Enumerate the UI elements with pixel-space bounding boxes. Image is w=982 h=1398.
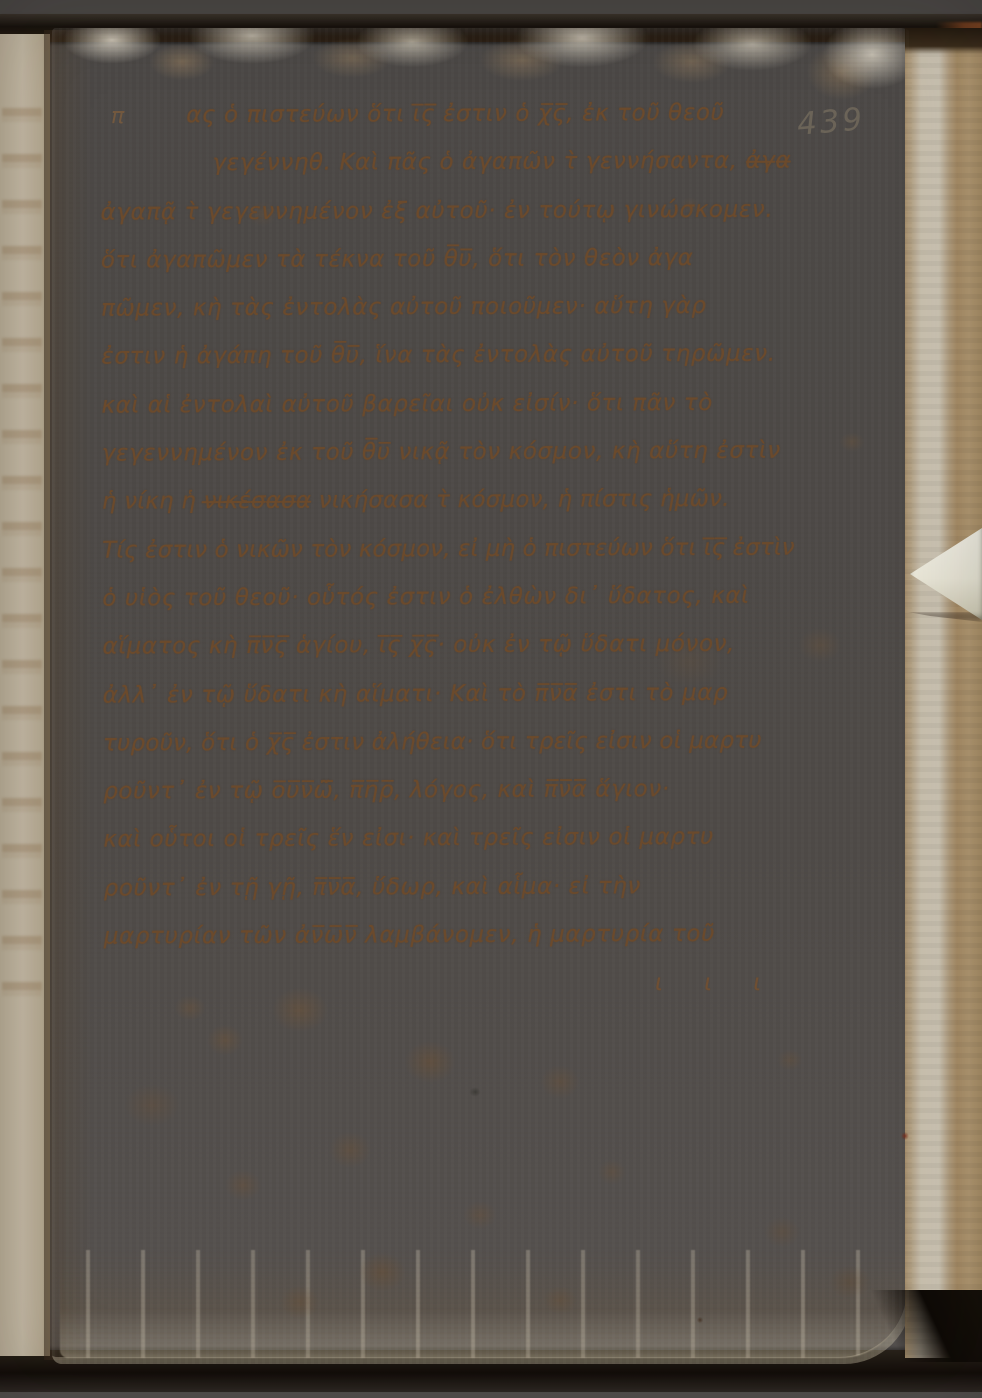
- fore-edge-pages: [905, 30, 982, 1358]
- manuscript-text-line: γεγέννηθ. Καὶ πᾶς ὁ ἀγαπῶν τ̀ γεννήσαντα…: [100, 137, 846, 189]
- manuscript-text-line: γεγεννημένον ἐκ τοῦ θ̅υ̅ νικᾷ τὸν κόσμον…: [102, 426, 848, 478]
- scribal-marks: ι ι ι: [655, 970, 778, 996]
- manuscript-photo: π 439 ας ὁ πιστεύων ὅτι ι̅ς̅ ἐστιν ὁ χ̅ς…: [0, 0, 982, 1398]
- page-bottom-wear-band: [60, 1250, 905, 1358]
- manuscript-text-line: ἡ νίκη ἡ ν̶ι̶κ̶έ̶σ̶α̶σ̶α̶ νικήσασα τ̀ κό…: [102, 475, 848, 527]
- facing-page-faint-text: [2, 94, 42, 1014]
- manuscript-text-line: ἐστιν ἡ ἀγάπη τοῦ θ̅υ̅, ἵνα τὰς ἐντολὰς …: [101, 330, 847, 382]
- bottom-right-cover-shadow: [860, 1290, 982, 1362]
- top-right-binding-shadow: [905, 28, 982, 54]
- manuscript-text-line: ἀγαπᾷ τ̀ γεγεννημένον ἐξ αὐτοῦ· ἐν τούτῳ…: [101, 185, 847, 237]
- manuscript-text-line: καὶ οὗτοι οἱ τρεῖς ἕν εἰσι· καὶ τρεῖς εἰ…: [103, 813, 849, 865]
- manuscript-text-line: μαρτυρίαν τῶν ἀν̅ω̅ν̅ λαμβάνομεν, ἡ μαρτ…: [104, 909, 850, 961]
- manuscript-text-line: ροῦντ᾽ ἐν τῇ γῇ, π̅ν̅α̅, ὕδωρ, καὶ αἷμα·…: [103, 861, 849, 913]
- manuscript-text-line: Τίς ἐστιν ὁ νικῶν τὸν κόσμον, εἰ μὴ ὁ πι…: [102, 523, 848, 575]
- manuscript-text-line: ὅτι ἀγαπῶμεν τὰ τέκνα τοῦ θ̅υ̅, ὅτι τὸν …: [101, 233, 847, 285]
- manuscript-text-line: καὶ αἱ ἐντολαὶ αὐτοῦ βαρεῖαι οὐκ εἰσίν· …: [101, 378, 847, 430]
- manuscript-text-line: αἵματος κὴ π̅ν̅ς̅ ἁγίου, ι̅ς̅ χ̅ς̅· οὐκ …: [102, 620, 848, 672]
- manuscript-text-line: ας ὁ πιστεύων ὅτι ι̅ς̅ ἐστιν ὁ χ̅ς̅, ἐκ …: [100, 88, 846, 140]
- manuscript-text-block: ας ὁ πιστεύων ὅτι ι̅ς̅ ἐστιν ὁ χ̅ς̅, ἐκ …: [100, 88, 850, 961]
- manuscript-text-line: ἀλλ᾽ ἐν τῷ ὕδατι κὴ αἵματι· Καὶ τὸ π̅ν̅α…: [103, 668, 849, 720]
- facing-page-edge: [0, 34, 50, 1356]
- manuscript-text-line: τυροῦν, ὅτι ὁ χ̅ς̅ ἐστιν ἀλήθεια· ὅτι τρ…: [103, 716, 849, 768]
- manuscript-text-line: ροῦντ᾽ ἐν τῷ ο̅υ̅ν̅ῶ̅, π̅η̅ρ̅, λόγος, κα…: [103, 765, 849, 817]
- manuscript-text-line: πῶμεν, κὴ τὰς ἐντολὰς αὐτοῦ ποιοῦμεν· αὕ…: [101, 282, 847, 334]
- manuscript-text-line: ὁ υἱὸς τοῦ θεοῦ· οὗτός ἐστιν ὁ ἐλθὼν δι᾽…: [102, 571, 848, 623]
